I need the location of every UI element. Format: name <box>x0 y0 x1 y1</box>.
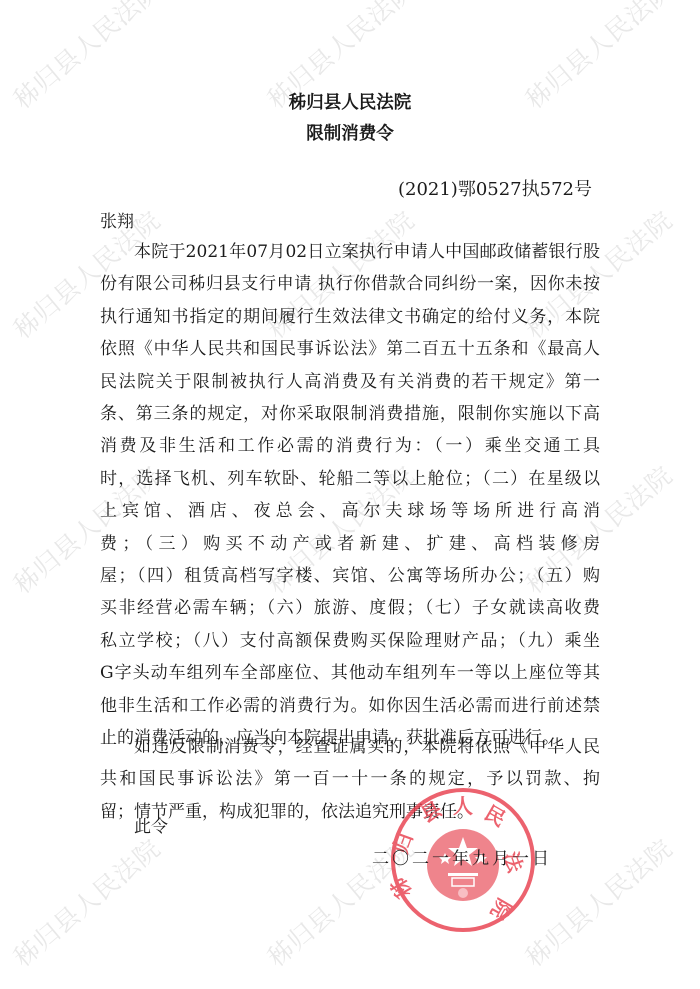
text-line: 依照《中华人民共和国民事诉讼法》第二百五十五条和《最高人 <box>100 333 600 365</box>
text-line: 本院于2021年07月02日立案执行申请人中国邮政储蓄银行股 <box>100 236 600 268</box>
case-number: (2021)鄂0527执572号 <box>398 175 592 201</box>
text-line: 份有限公司秭归县支行申请 执行你借款合同纠纷一案，因你未按 <box>100 268 600 300</box>
document-page: 秭归县人民法院 秭归县人民法院 秭归县人民法院 秭归县人民法院 秭归县人民法院 … <box>0 0 700 989</box>
text-line: 他非生活和工作必需的消费行为。如你因生活必需而进行前述禁 <box>100 690 600 722</box>
text-line: 私立学校；（八）支付高额保费购买保险理财产品；（九）乘坐 <box>100 625 600 657</box>
text-line: 买非经营必需车辆；（六）旅游、度假；（七）子女就读高收费 <box>100 592 600 624</box>
issue-date: 二〇二一年九月一日 <box>372 844 552 869</box>
text-line: 屋；（四）租赁高档写字楼、宾馆、公寓等场所办公；（五）购 <box>100 560 600 592</box>
text-line: 时，选择飞机、列车软卧、轮船二等以上舱位；（二）在星级以 <box>100 463 600 495</box>
court-name: 秭归县人民法院 <box>0 89 700 114</box>
svg-text:县: 县 <box>417 797 446 828</box>
text-line: 费；（三）购买不动产或者新建、扩建、高档装修房 <box>100 528 600 560</box>
text-line: 如违反限制消费令，经查证属实的，本院将依照《中华人民 <box>100 731 600 763</box>
text-line: 执行通知书指定的期间履行生效法律文书确定的给付义务，本院 <box>100 301 600 333</box>
body-paragraph-1: 本院于2021年07月02日立案执行申请人中国邮政储蓄银行股 份有限公司秭归县支… <box>100 236 600 755</box>
text-line: 消费及非生活和工作必需的消费行为：（一）乘坐交通工具 <box>100 430 600 462</box>
svg-text:人: 人 <box>453 794 473 818</box>
addressee: 张翔 <box>100 207 134 232</box>
text-line: 上宾馆、酒店、夜总会、高尔夫球场等场所进行高消 <box>100 495 600 527</box>
closing-text: 此令 <box>134 812 168 837</box>
text-line: 民法院关于限制被执行人高消费及有关消费的若干规定》第一 <box>100 366 600 398</box>
text-line: 条、第三条的规定，对你采取限制消费措施，限制你实施以下高 <box>100 398 600 430</box>
svg-text:院: 院 <box>486 895 517 924</box>
watermark: 秭归县人民法院 <box>5 829 168 974</box>
document-title: 限制消费令 <box>0 120 700 145</box>
svg-text:秭: 秭 <box>388 873 416 902</box>
text-line: G字头动车组列车全部座位、其他动车组列车一等以上座位等其 <box>100 657 600 689</box>
